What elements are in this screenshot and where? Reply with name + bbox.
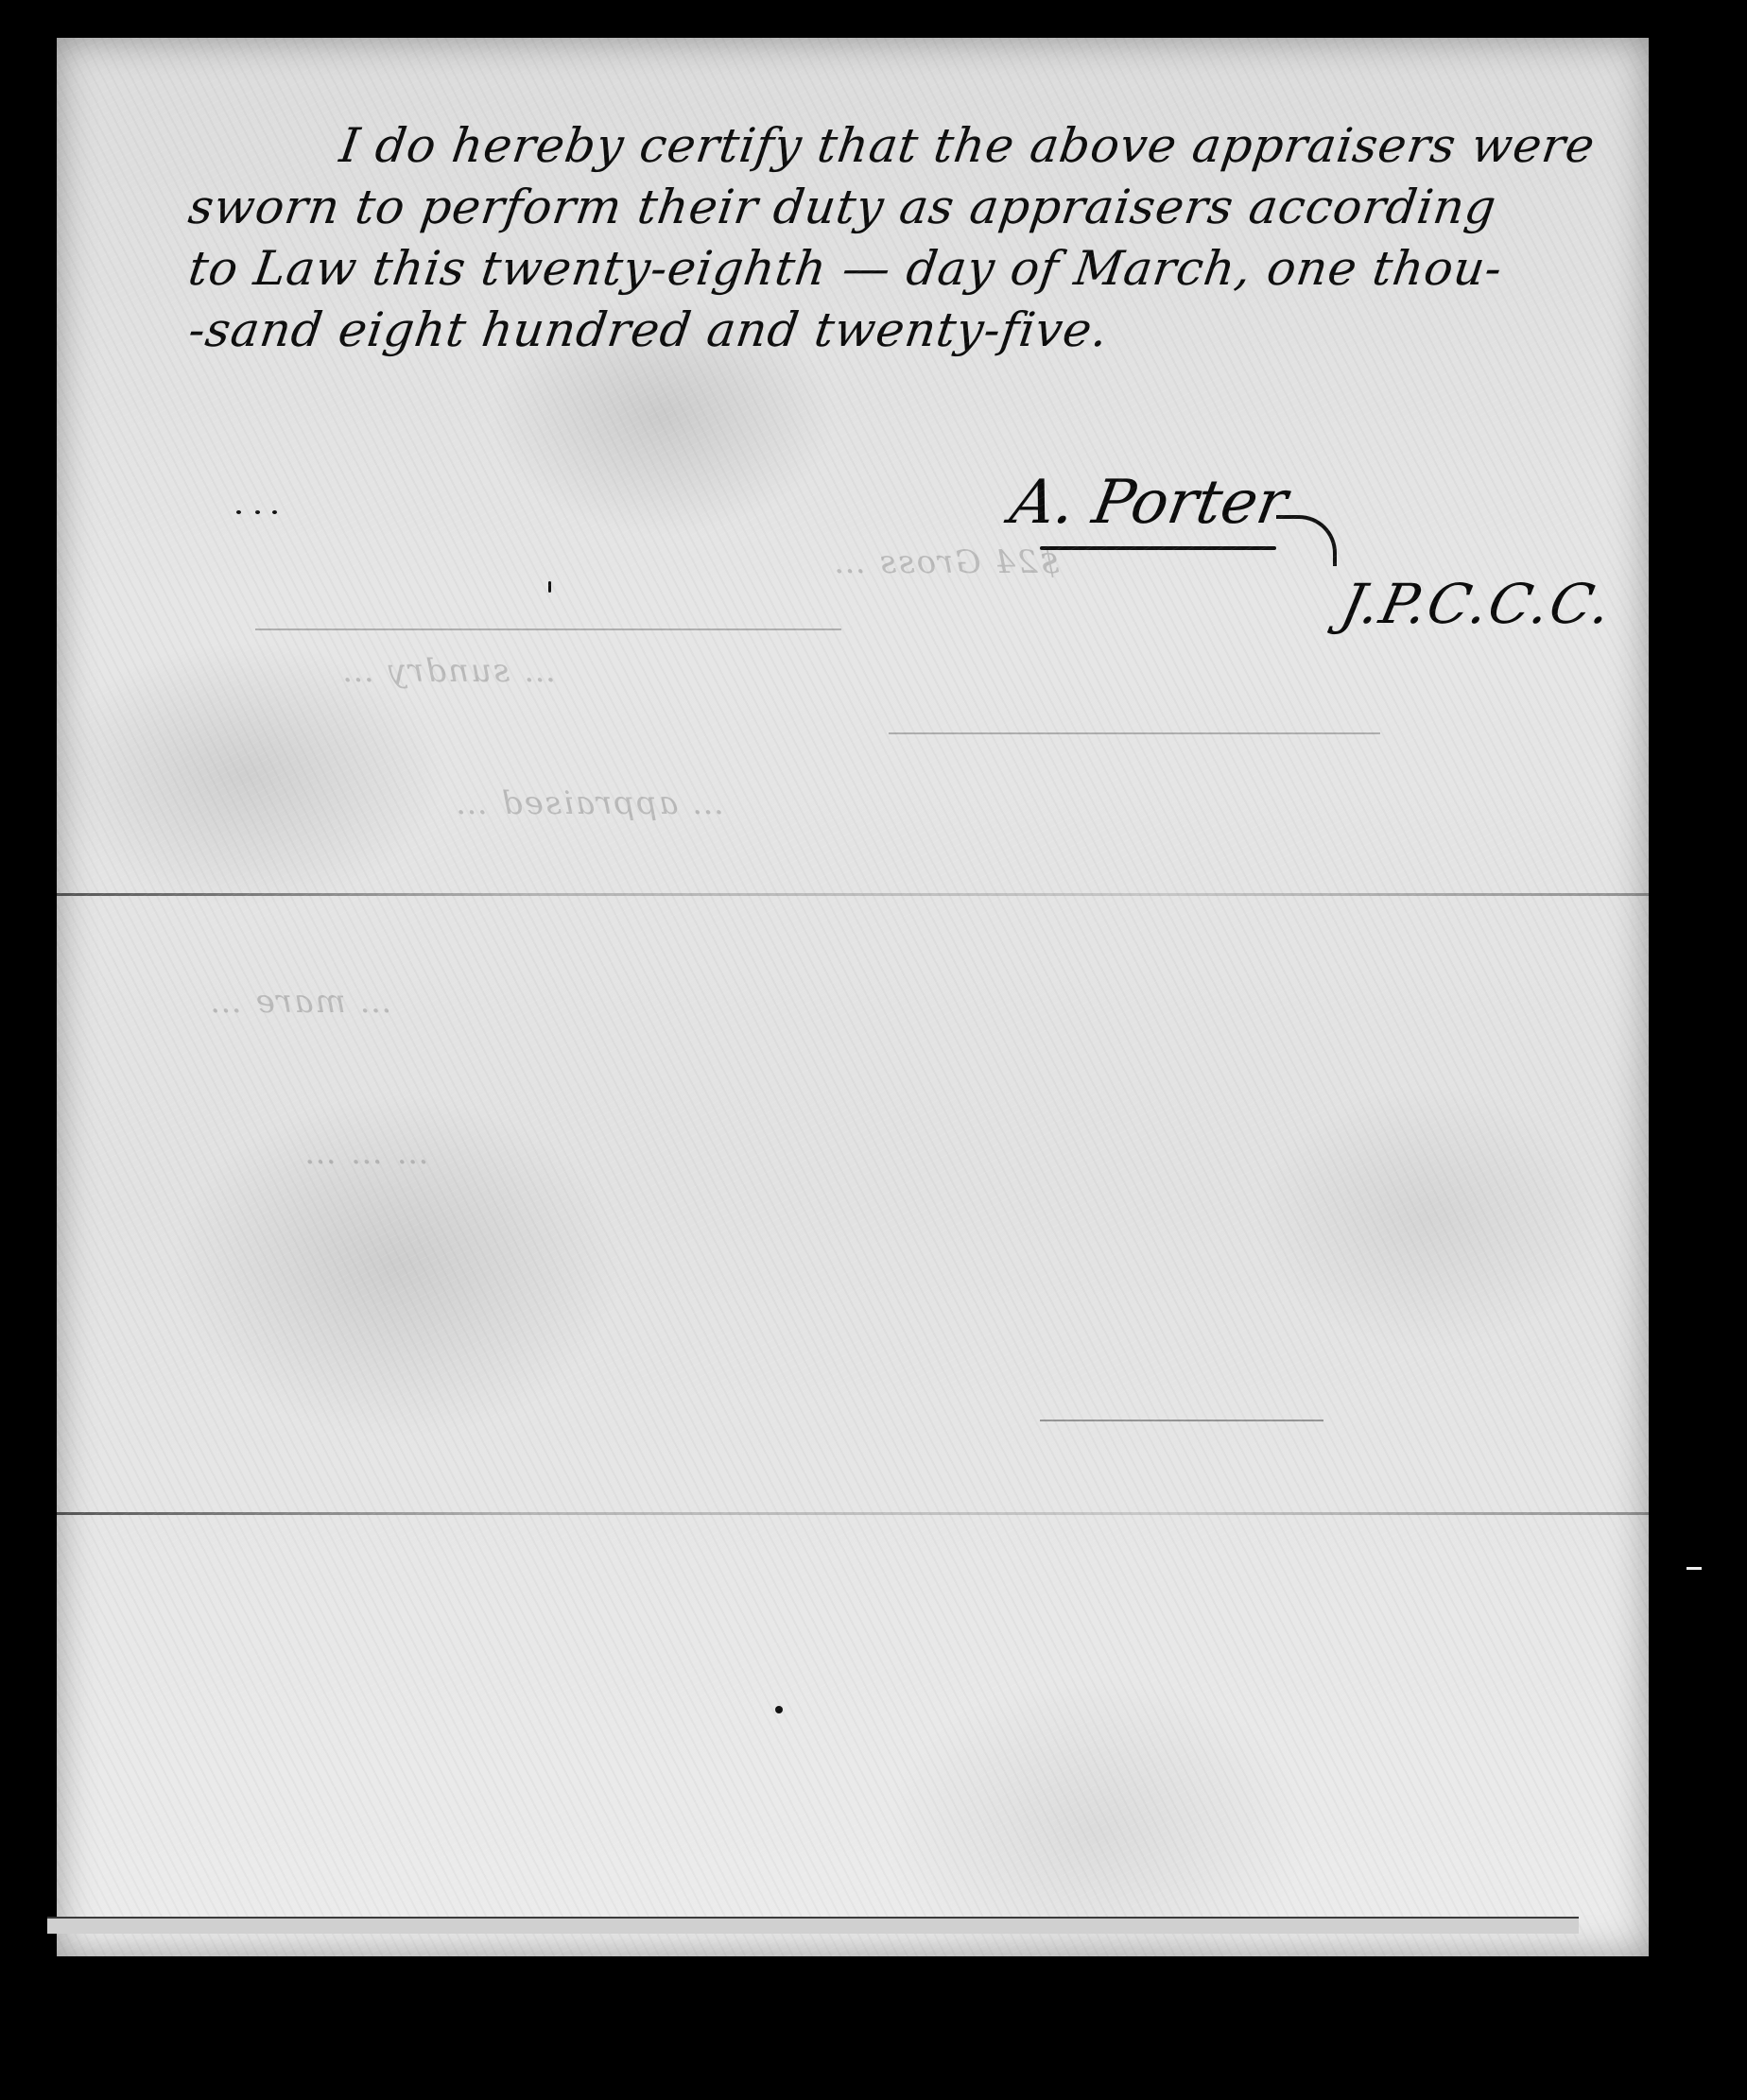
body-line-1-text: I do hereby certify that the above appra…	[223, 118, 1599, 173]
bleed-through-line: … … …	[303, 1134, 429, 1172]
ink-spot	[236, 510, 241, 514]
ink-spot	[548, 581, 551, 593]
body-line-4: -sand eight hundred and twenty-five.	[185, 302, 1112, 357]
fold-crease-upper	[57, 893, 1649, 896]
ink-spot	[775, 1706, 783, 1713]
ink-spot	[272, 510, 277, 514]
bleed-through-line: … mare …	[208, 983, 392, 1021]
page-bottom-edge	[47, 1917, 1579, 1934]
body-line-1: I do hereby certify that the above appra…	[223, 118, 1599, 173]
body-line-2: sworn to perform their duty as appraiser…	[185, 180, 1500, 234]
signature-title: J.P.C.C.C.	[1336, 572, 1619, 636]
body-line-3: to Law this twenty-eighth — day of March…	[185, 241, 1506, 296]
bleed-through-rule	[255, 628, 841, 630]
body-line-4-text: -sand eight hundred and twenty-five.	[185, 302, 1112, 357]
scan-edge-mark	[1686, 1567, 1702, 1570]
signature-underline	[1040, 546, 1276, 550]
document-page: $24 Gross … … sundry … … appraised … … m…	[57, 38, 1649, 1956]
signature-flourish	[1276, 515, 1337, 566]
fold-crease-lower	[57, 1512, 1649, 1515]
signature: A. Porter	[1005, 468, 1292, 538]
ink-spot	[255, 510, 260, 514]
bleed-through-line: … appraised …	[454, 784, 724, 822]
bleed-through-line: … sundry …	[340, 652, 556, 690]
body-line-2-text: sworn to perform their duty as appraiser…	[185, 180, 1500, 234]
body-line-3-text: to Law this twenty-eighth — day of March…	[185, 241, 1506, 296]
bleed-through-rule	[1040, 1420, 1323, 1421]
bleed-through-rule	[889, 732, 1380, 734]
bleed-through-line: $24 Gross …	[832, 543, 1060, 581]
